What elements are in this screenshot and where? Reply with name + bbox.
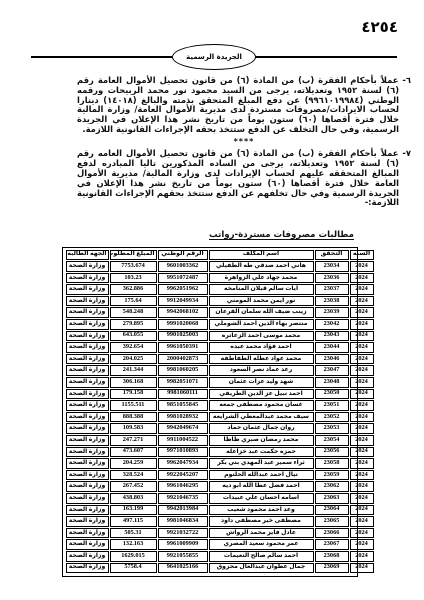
table-cell: احمد فضل عطا الله ابو ديه bbox=[209, 481, 314, 492]
table-cell: 2024 bbox=[350, 273, 374, 284]
table-cell: 2024 bbox=[350, 470, 374, 481]
table-cell: 267.452 bbox=[110, 481, 157, 492]
table-cell: 9851055845 bbox=[158, 400, 208, 411]
table-cell: وزارة الصحة bbox=[66, 551, 109, 562]
gazette-page: ٤٢٥٤ الجريدة الرسمية ٦- عملاً بأحكام الف… bbox=[0, 0, 424, 600]
table-cell: 2024 bbox=[350, 563, 374, 574]
column-header: المبلغ المطلوب bbox=[110, 250, 157, 261]
table-cell: وزارة الصحة bbox=[66, 331, 109, 342]
table-row: 202423052سيف محمد عبدالمعطي الشرايعه9981… bbox=[66, 412, 374, 423]
table-cell: 2024 bbox=[350, 319, 374, 330]
table-cell: 23056 bbox=[315, 447, 349, 458]
table-cell: 888.388 bbox=[110, 412, 157, 423]
table-cell: عمر محمود سعيد المصري bbox=[209, 539, 314, 550]
masthead-rule-left bbox=[31, 56, 172, 58]
table-cell: 2024 bbox=[350, 296, 374, 307]
table-cell: وزارة الصحة bbox=[66, 539, 109, 550]
table-row: 202423039زينب ضيف الله سلمان القرعان9942… bbox=[66, 307, 374, 318]
table-cell: 204.025 bbox=[110, 354, 157, 365]
table-cell: 2024 bbox=[350, 481, 374, 492]
table-cell: 9921055855 bbox=[158, 551, 208, 562]
table-cell: 9921032722 bbox=[158, 528, 208, 539]
table-cell: 241.344 bbox=[110, 365, 157, 376]
table-cell: عادل فايز محمد الرواش bbox=[209, 528, 314, 539]
table-cell: 473.607 bbox=[110, 447, 157, 458]
table-cell: وزارة الصحة bbox=[66, 528, 109, 539]
gazette-oval: الجريدة الرسمية bbox=[172, 44, 256, 70]
stars-separator: **** bbox=[77, 137, 411, 146]
table-row: 202423056حمزه حكمت عبد خزاعله99710108934… bbox=[66, 447, 374, 458]
table-cell: 103.23 bbox=[110, 273, 157, 284]
table-cell: 9961009909 bbox=[158, 539, 208, 550]
table-cell: 2024 bbox=[350, 516, 374, 527]
table-cell: 7753.674 bbox=[110, 261, 157, 272]
claims-table-body: 202423034هاني احمد صدقي طه الطفيلي960100… bbox=[66, 261, 374, 573]
table-cell: 2024 bbox=[350, 307, 374, 318]
table-cell: احمد فؤاد محمد عبده bbox=[209, 342, 314, 353]
table-cell: 23038 bbox=[315, 296, 349, 307]
column-header: اسم المكلف bbox=[209, 250, 314, 261]
table-cell: 23042 bbox=[315, 319, 349, 330]
table-cell: 23062 bbox=[315, 481, 349, 492]
column-header: الرقم الوطني bbox=[158, 250, 208, 261]
column-header: الجهه الطالبه bbox=[66, 250, 109, 261]
table-row: 202423043محمد موسى احمد الزعاتره99010250… bbox=[66, 331, 374, 342]
table-cell: 23053 bbox=[315, 423, 349, 434]
claims-table: السنهالتحققاسم المكلفالرقم الوطنيالمبلغ … bbox=[65, 249, 375, 575]
table-cell: 2024 bbox=[350, 365, 374, 376]
table-row: 202423044احمد فؤاد محمد عبده996105039139… bbox=[66, 342, 374, 353]
table-cell: 362.886 bbox=[110, 284, 157, 295]
table-cell: 9962047934 bbox=[158, 458, 208, 469]
table-cell: وزارة الصحة bbox=[66, 342, 109, 353]
table-cell: 2024 bbox=[350, 400, 374, 411]
table-cell: وزارة الصحة bbox=[66, 296, 109, 307]
table-cell: 109.583 bbox=[110, 423, 157, 434]
table-row: 202423064وعد احمد محمود شعيب994201398416… bbox=[66, 505, 374, 516]
table-cell: 9961046295 bbox=[158, 481, 208, 492]
table-cell: 1629.015 bbox=[110, 551, 157, 562]
table-cell: 392.654 bbox=[110, 342, 157, 353]
table-cell: 23034 bbox=[315, 261, 349, 272]
table-cell: 2024 bbox=[350, 423, 374, 434]
table-cell: وزارة الصحة bbox=[66, 319, 109, 330]
table-cell: وزارة الصحة bbox=[66, 470, 109, 481]
table-cell: 2024 bbox=[350, 539, 374, 550]
table-cell: 548.248 bbox=[110, 307, 157, 318]
table-row: 202423059نيال احمد عبدالله الحلتوم992204… bbox=[66, 470, 374, 481]
table-cell: محمد جهاد علي الزواهرة bbox=[209, 273, 314, 284]
table-cell: 2024 bbox=[350, 435, 374, 446]
table-cell: وزارة الصحة bbox=[66, 389, 109, 400]
table-cell: 438.803 bbox=[110, 493, 157, 504]
table-cell: 279.895 bbox=[110, 319, 157, 330]
table-cell: وزارة الصحة bbox=[66, 505, 109, 516]
table-cell: 23065 bbox=[315, 516, 349, 527]
table-row: 202423051غسان محمود مصطفى جمعه9851055845… bbox=[66, 400, 374, 411]
table-cell: 9981028932 bbox=[158, 412, 208, 423]
table-cell: 2024 bbox=[350, 342, 374, 353]
masthead-rule-right bbox=[256, 56, 397, 58]
table-cell: روان جمال عثمان حماد bbox=[209, 423, 314, 434]
table-row: 202423067عمر محمود سعيد المصري9961009909… bbox=[66, 539, 374, 550]
table-cell: وزارة الصحة bbox=[66, 273, 109, 284]
masthead: الجريدة الرسمية bbox=[31, 43, 397, 70]
notices-block: ٦- عملاً بأحكام الفقرة (ب) من المادة (٦)… bbox=[77, 76, 411, 210]
table-cell: وزارة الصحة bbox=[66, 423, 109, 434]
table-cell: وزارة الصحة bbox=[66, 412, 109, 423]
table-cell: 23037 bbox=[315, 284, 349, 295]
table-row: 202423065مصطفى خير مصطفى داود99810468344… bbox=[66, 516, 374, 527]
table-cell: 9971010893 bbox=[158, 447, 208, 458]
table-cell: 9942049674 bbox=[158, 423, 208, 434]
table-cell: 23047 bbox=[315, 365, 349, 376]
table-cell: 2024 bbox=[350, 389, 374, 400]
notice-item-6: ٦- عملاً بأحكام الفقرة (ب) من المادة (٦)… bbox=[77, 76, 411, 135]
table-cell: 23044 bbox=[315, 342, 349, 353]
table-cell: وزارة الصحة bbox=[66, 365, 109, 376]
table-cell: 132.163 bbox=[110, 539, 157, 550]
table-cell: حمزه حكمت عبد خزاعله bbox=[209, 447, 314, 458]
table-cell: 9911004522 bbox=[158, 435, 208, 446]
table-cell: وزارة الصحة bbox=[66, 435, 109, 446]
table-row: 202423048شهد وليد عزات عثمان998205107130… bbox=[66, 377, 374, 388]
table-cell: 9981060205 bbox=[158, 365, 208, 376]
table-cell: وزارة الصحة bbox=[66, 284, 109, 295]
table-cell: 2024 bbox=[350, 447, 374, 458]
table-cell: وزارة الصحة bbox=[66, 307, 109, 318]
table-cell: 247.271 bbox=[110, 435, 157, 446]
page-number: ٤٢٥٤ bbox=[361, 18, 398, 36]
claims-table-header-row: السنهالتحققاسم المكلفالرقم الوطنيالمبلغ … bbox=[66, 250, 374, 261]
table-cell: 23052 bbox=[315, 412, 349, 423]
table-cell: جمال عطوان عبدالعال محروق bbox=[209, 563, 314, 574]
table-cell: 9961050391 bbox=[158, 342, 208, 353]
table-cell: شهد وليد عزات عثمان bbox=[209, 377, 314, 388]
table-row: 202423066عادل فايز محمد الرواش9921032722… bbox=[66, 528, 374, 539]
table-row: 202423069جمال عطوان عبدالعال محروق964102… bbox=[66, 563, 374, 574]
table-cell: 9601003362 bbox=[158, 261, 208, 272]
table-cell: 23048 bbox=[315, 377, 349, 388]
table-cell: محمد عواد عطله الطفاطفه bbox=[209, 354, 314, 365]
table-cell: 9922045207 bbox=[158, 470, 208, 481]
table-row: 202423037ايات سالم قبلان المنامخه9962051… bbox=[66, 284, 374, 295]
table-cell: منتصر بهاء الدين احمد الشوملي bbox=[209, 319, 314, 330]
table-cell: 505.31 bbox=[110, 528, 157, 539]
table-cell: زينب ضيف الله سلمان القرعان bbox=[209, 307, 314, 318]
table-cell: 23046 bbox=[315, 354, 349, 365]
table-cell: 643.055 bbox=[110, 331, 157, 342]
table-cell: 9981060111 bbox=[158, 389, 208, 400]
table-cell: 204.259 bbox=[110, 458, 157, 469]
table-cell: وزارة الصحة bbox=[66, 516, 109, 527]
table-cell: 23064 bbox=[315, 505, 349, 516]
table-cell: 2024 bbox=[350, 551, 374, 562]
table-cell: وزارة الصحة bbox=[66, 481, 109, 492]
table-cell: 2024 bbox=[350, 412, 374, 423]
gazette-title: الجريدة الرسمية bbox=[186, 53, 242, 61]
table-cell: 2024 bbox=[350, 377, 374, 388]
table-cell: 23058 bbox=[315, 458, 349, 469]
table-cell: 23063 bbox=[315, 493, 349, 504]
table-cell: 23069 bbox=[315, 563, 349, 574]
table-row: 202423050احمد نبيل عز الدين الطريفي99810… bbox=[66, 389, 374, 400]
table-cell: وزارة الصحة bbox=[66, 493, 109, 504]
column-header: السنه bbox=[350, 250, 374, 261]
table-row: 202423068احمد سالم صالح النعيمات99210558… bbox=[66, 551, 374, 562]
table-cell: وزارة الصحة bbox=[66, 377, 109, 388]
notice-item-7: ٧- عملاً بأحكام الفقرة (ب) من المادة (٦)… bbox=[77, 149, 411, 208]
table-cell: 23036 bbox=[315, 273, 349, 284]
table-row: 202423034هاني احمد صدقي طه الطفيلي960100… bbox=[66, 261, 374, 272]
table-cell: 23043 bbox=[315, 331, 349, 342]
table-row: 202423063اسامه احسان علي عبيدات992104673… bbox=[66, 493, 374, 504]
table-cell: 2024 bbox=[350, 528, 374, 539]
table-cell: 163.199 bbox=[110, 505, 157, 516]
table-cell: رعد عماد نصر السعود bbox=[209, 365, 314, 376]
table-cell: 2024 bbox=[350, 331, 374, 342]
table-cell: هاني احمد صدقي طه الطفيلي bbox=[209, 261, 314, 272]
table-cell: 5758.4 bbox=[110, 563, 157, 574]
table-cell: نور ايمن محمد المومني bbox=[209, 296, 314, 307]
table-cell: 9982051071 bbox=[158, 377, 208, 388]
table-cell: 23054 bbox=[315, 435, 349, 446]
table-cell: مصطفى خير مصطفى داود bbox=[209, 516, 314, 527]
table-row: 202423053روان جمال عثمان حماد99420496741… bbox=[66, 423, 374, 434]
table-row: 202423036محمد جهاد علي الزواهرة995107248… bbox=[66, 273, 374, 284]
table-cell: وزارة الصحة bbox=[66, 458, 109, 469]
table-cell: 306.168 bbox=[110, 377, 157, 388]
table-cell: 23067 bbox=[315, 539, 349, 550]
table-cell: 23050 bbox=[315, 389, 349, 400]
table-cell: 2024 bbox=[350, 354, 374, 365]
table-cell: 2024 bbox=[350, 458, 374, 469]
table-row: 202423042منتصر بهاء الدين احمد الشوملي99… bbox=[66, 319, 374, 330]
table-cell: 9991020068 bbox=[158, 319, 208, 330]
section-title: مطالبات مصروفات مستردة-رواتب bbox=[209, 230, 354, 240]
table-cell: 328.524 bbox=[110, 470, 157, 481]
table-cell: وزارة الصحة bbox=[66, 447, 109, 458]
table-cell: 2000402873 bbox=[158, 354, 208, 365]
table-cell: 9942068102 bbox=[158, 307, 208, 318]
table-cell: 497.115 bbox=[110, 516, 157, 527]
table-cell: غسان محمود مصطفى جمعه bbox=[209, 400, 314, 411]
table-cell: 9981046834 bbox=[158, 516, 208, 527]
table-row: 202423047رعد عماد نصر السعود998106020524… bbox=[66, 365, 374, 376]
table-cell: 23059 bbox=[315, 470, 349, 481]
table-row: 202423062احمد فضل عطا الله ابو ديه996104… bbox=[66, 481, 374, 492]
table-cell: ايات سالم قبلان المنامخه bbox=[209, 284, 314, 295]
table-cell: وعد احمد محمود شعيب bbox=[209, 505, 314, 516]
claims-table-wrap: السنهالتحققاسم المكلفالرقم الوطنيالمبلغ … bbox=[62, 247, 358, 577]
table-row: 202423046محمد عواد عطله الطفاطفه20004028… bbox=[66, 354, 374, 365]
table-cell: 9901025003 bbox=[158, 331, 208, 342]
table-cell: 23066 bbox=[315, 528, 349, 539]
table-cell: 2024 bbox=[350, 505, 374, 516]
table-cell: 23068 bbox=[315, 551, 349, 562]
table-cell: 9641025166 bbox=[158, 563, 208, 574]
table-cell: ثراء سمير عبد المهدي بني بكر bbox=[209, 458, 314, 469]
table-cell: 2024 bbox=[350, 493, 374, 504]
table-cell: 175.64 bbox=[110, 296, 157, 307]
table-cell: 9921046735 bbox=[158, 493, 208, 504]
table-cell: 2024 bbox=[350, 261, 374, 272]
table-row: 202423038نور ايمن محمد المومني9912049934… bbox=[66, 296, 374, 307]
table-cell: 2024 bbox=[350, 284, 374, 295]
table-cell: اسامه احسان علي عبيدات bbox=[209, 493, 314, 504]
table-cell: احمد نبيل عز الدين الطريفي bbox=[209, 389, 314, 400]
table-cell: احمد سالم صالح النعيمات bbox=[209, 551, 314, 562]
table-cell: وزارة الصحة bbox=[66, 261, 109, 272]
table-cell: 179.158 bbox=[110, 389, 157, 400]
table-cell: محمد رمضان صبري ظاظا bbox=[209, 435, 314, 446]
table-cell: وزارة الصحة bbox=[66, 400, 109, 411]
column-header: التحقق bbox=[315, 250, 349, 261]
table-cell: 1155.511 bbox=[110, 400, 157, 411]
table-cell: 9962051962 bbox=[158, 284, 208, 295]
table-cell: نيال احمد عبدالله الحلتوم bbox=[209, 470, 314, 481]
table-cell: وزارة الصحة bbox=[66, 354, 109, 365]
table-row: 202423054محمد رمضان صبري ظاظا99110045222… bbox=[66, 435, 374, 446]
table-cell: 23039 bbox=[315, 307, 349, 318]
table-cell: 9942013984 bbox=[158, 505, 208, 516]
table-cell: سيف محمد عبدالمعطي الشرايعه bbox=[209, 412, 314, 423]
table-cell: 9951072487 bbox=[158, 273, 208, 284]
table-cell: 23051 bbox=[315, 400, 349, 411]
table-cell: محمد موسى احمد الزعاتره bbox=[209, 331, 314, 342]
table-row: 202423058ثراء سمير عبد المهدي بني بكر996… bbox=[66, 458, 374, 469]
table-cell: 9912049934 bbox=[158, 296, 208, 307]
table-cell: وزارة الصحة bbox=[66, 563, 109, 574]
